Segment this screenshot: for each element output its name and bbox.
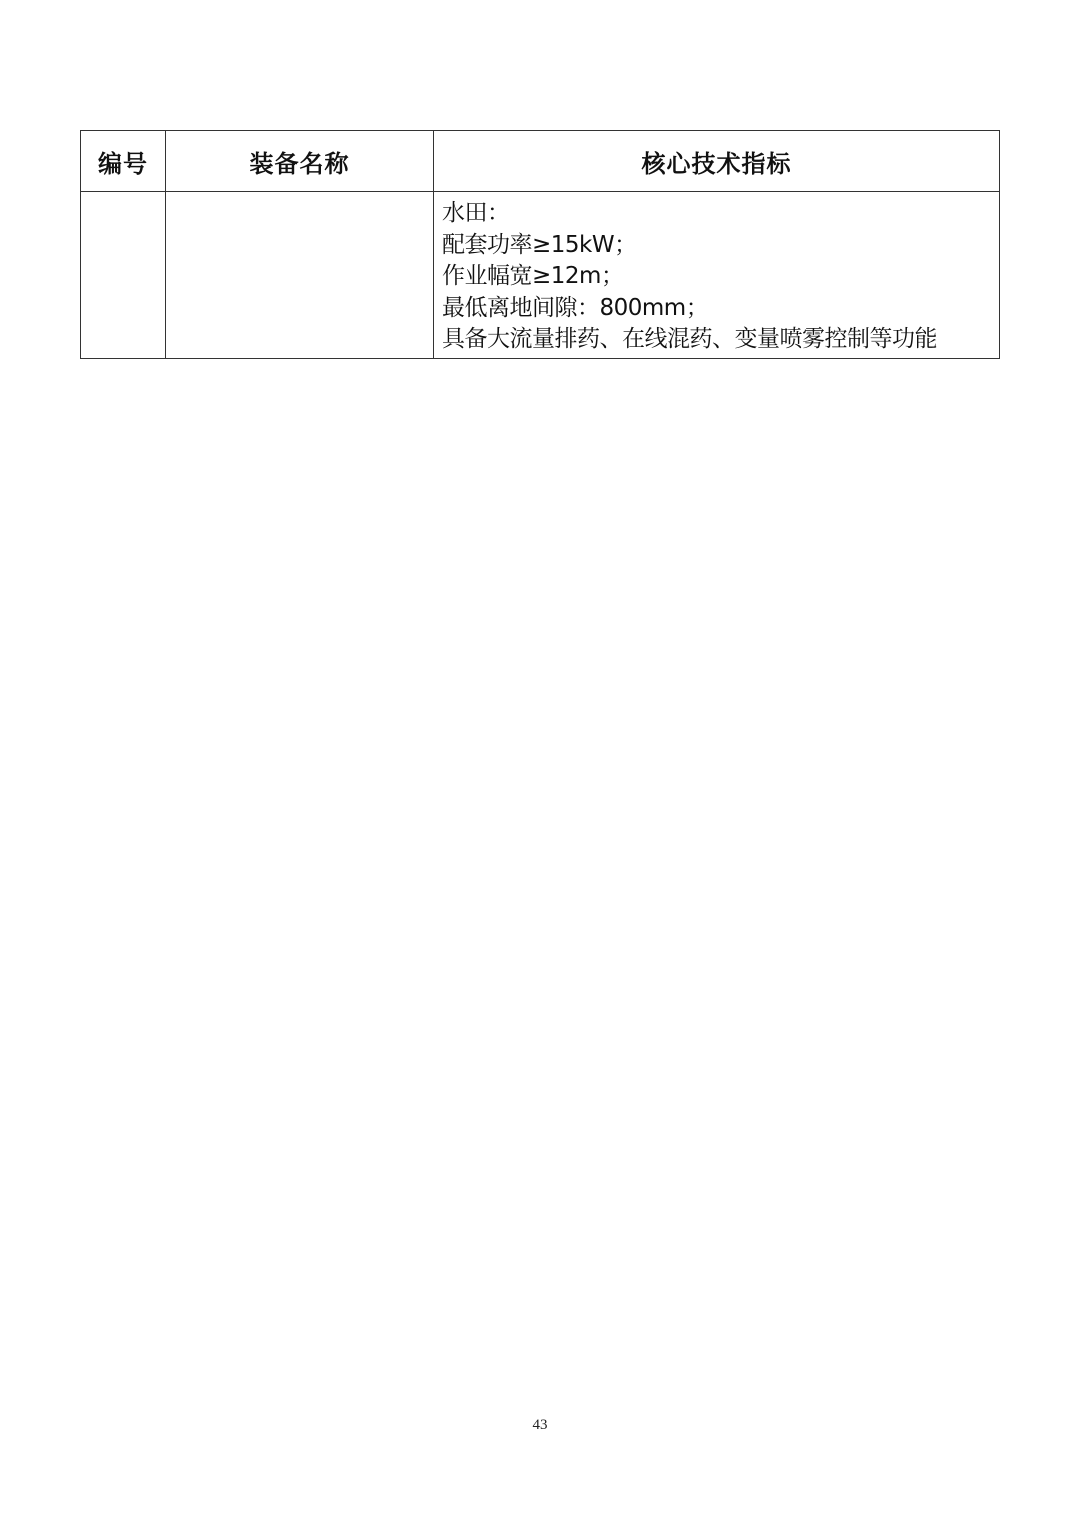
- spec-line-working-width: 作业幅宽≥12m；: [442, 261, 995, 293]
- spec-list: 水田： 配套功率≥15kW； 作业幅宽≥12m； 最低离地间隙：800mm； 具…: [434, 192, 999, 356]
- cell-id: [81, 192, 166, 359]
- table-row: 水田： 配套功率≥15kW； 作业幅宽≥12m； 最低离地间隙：800mm； 具…: [81, 192, 1000, 359]
- page-number: 43: [0, 1417, 1080, 1434]
- header-core-specs: 核心技术指标: [434, 131, 1000, 192]
- equipment-spec-table: 编号 装备名称 核心技术指标 水田： 配套功率≥15kW； 作业幅宽≥12m； …: [80, 130, 1000, 359]
- header-equipment-name: 装备名称: [166, 131, 434, 192]
- spec-line-paddy-field: 水田：: [442, 198, 995, 230]
- header-id: 编号: [81, 131, 166, 192]
- spec-line-ground-clearance: 最低离地间隙：800mm；: [442, 293, 995, 325]
- spec-line-power: 配套功率≥15kW；: [442, 230, 995, 262]
- spec-line-functions: 具备大流量排药、在线混药、变量喷雾控制等功能: [442, 324, 995, 356]
- cell-equipment-name: [166, 192, 434, 359]
- table-header-row: 编号 装备名称 核心技术指标: [81, 131, 1000, 192]
- cell-core-specs: 水田： 配套功率≥15kW； 作业幅宽≥12m； 最低离地间隙：800mm； 具…: [434, 192, 1000, 359]
